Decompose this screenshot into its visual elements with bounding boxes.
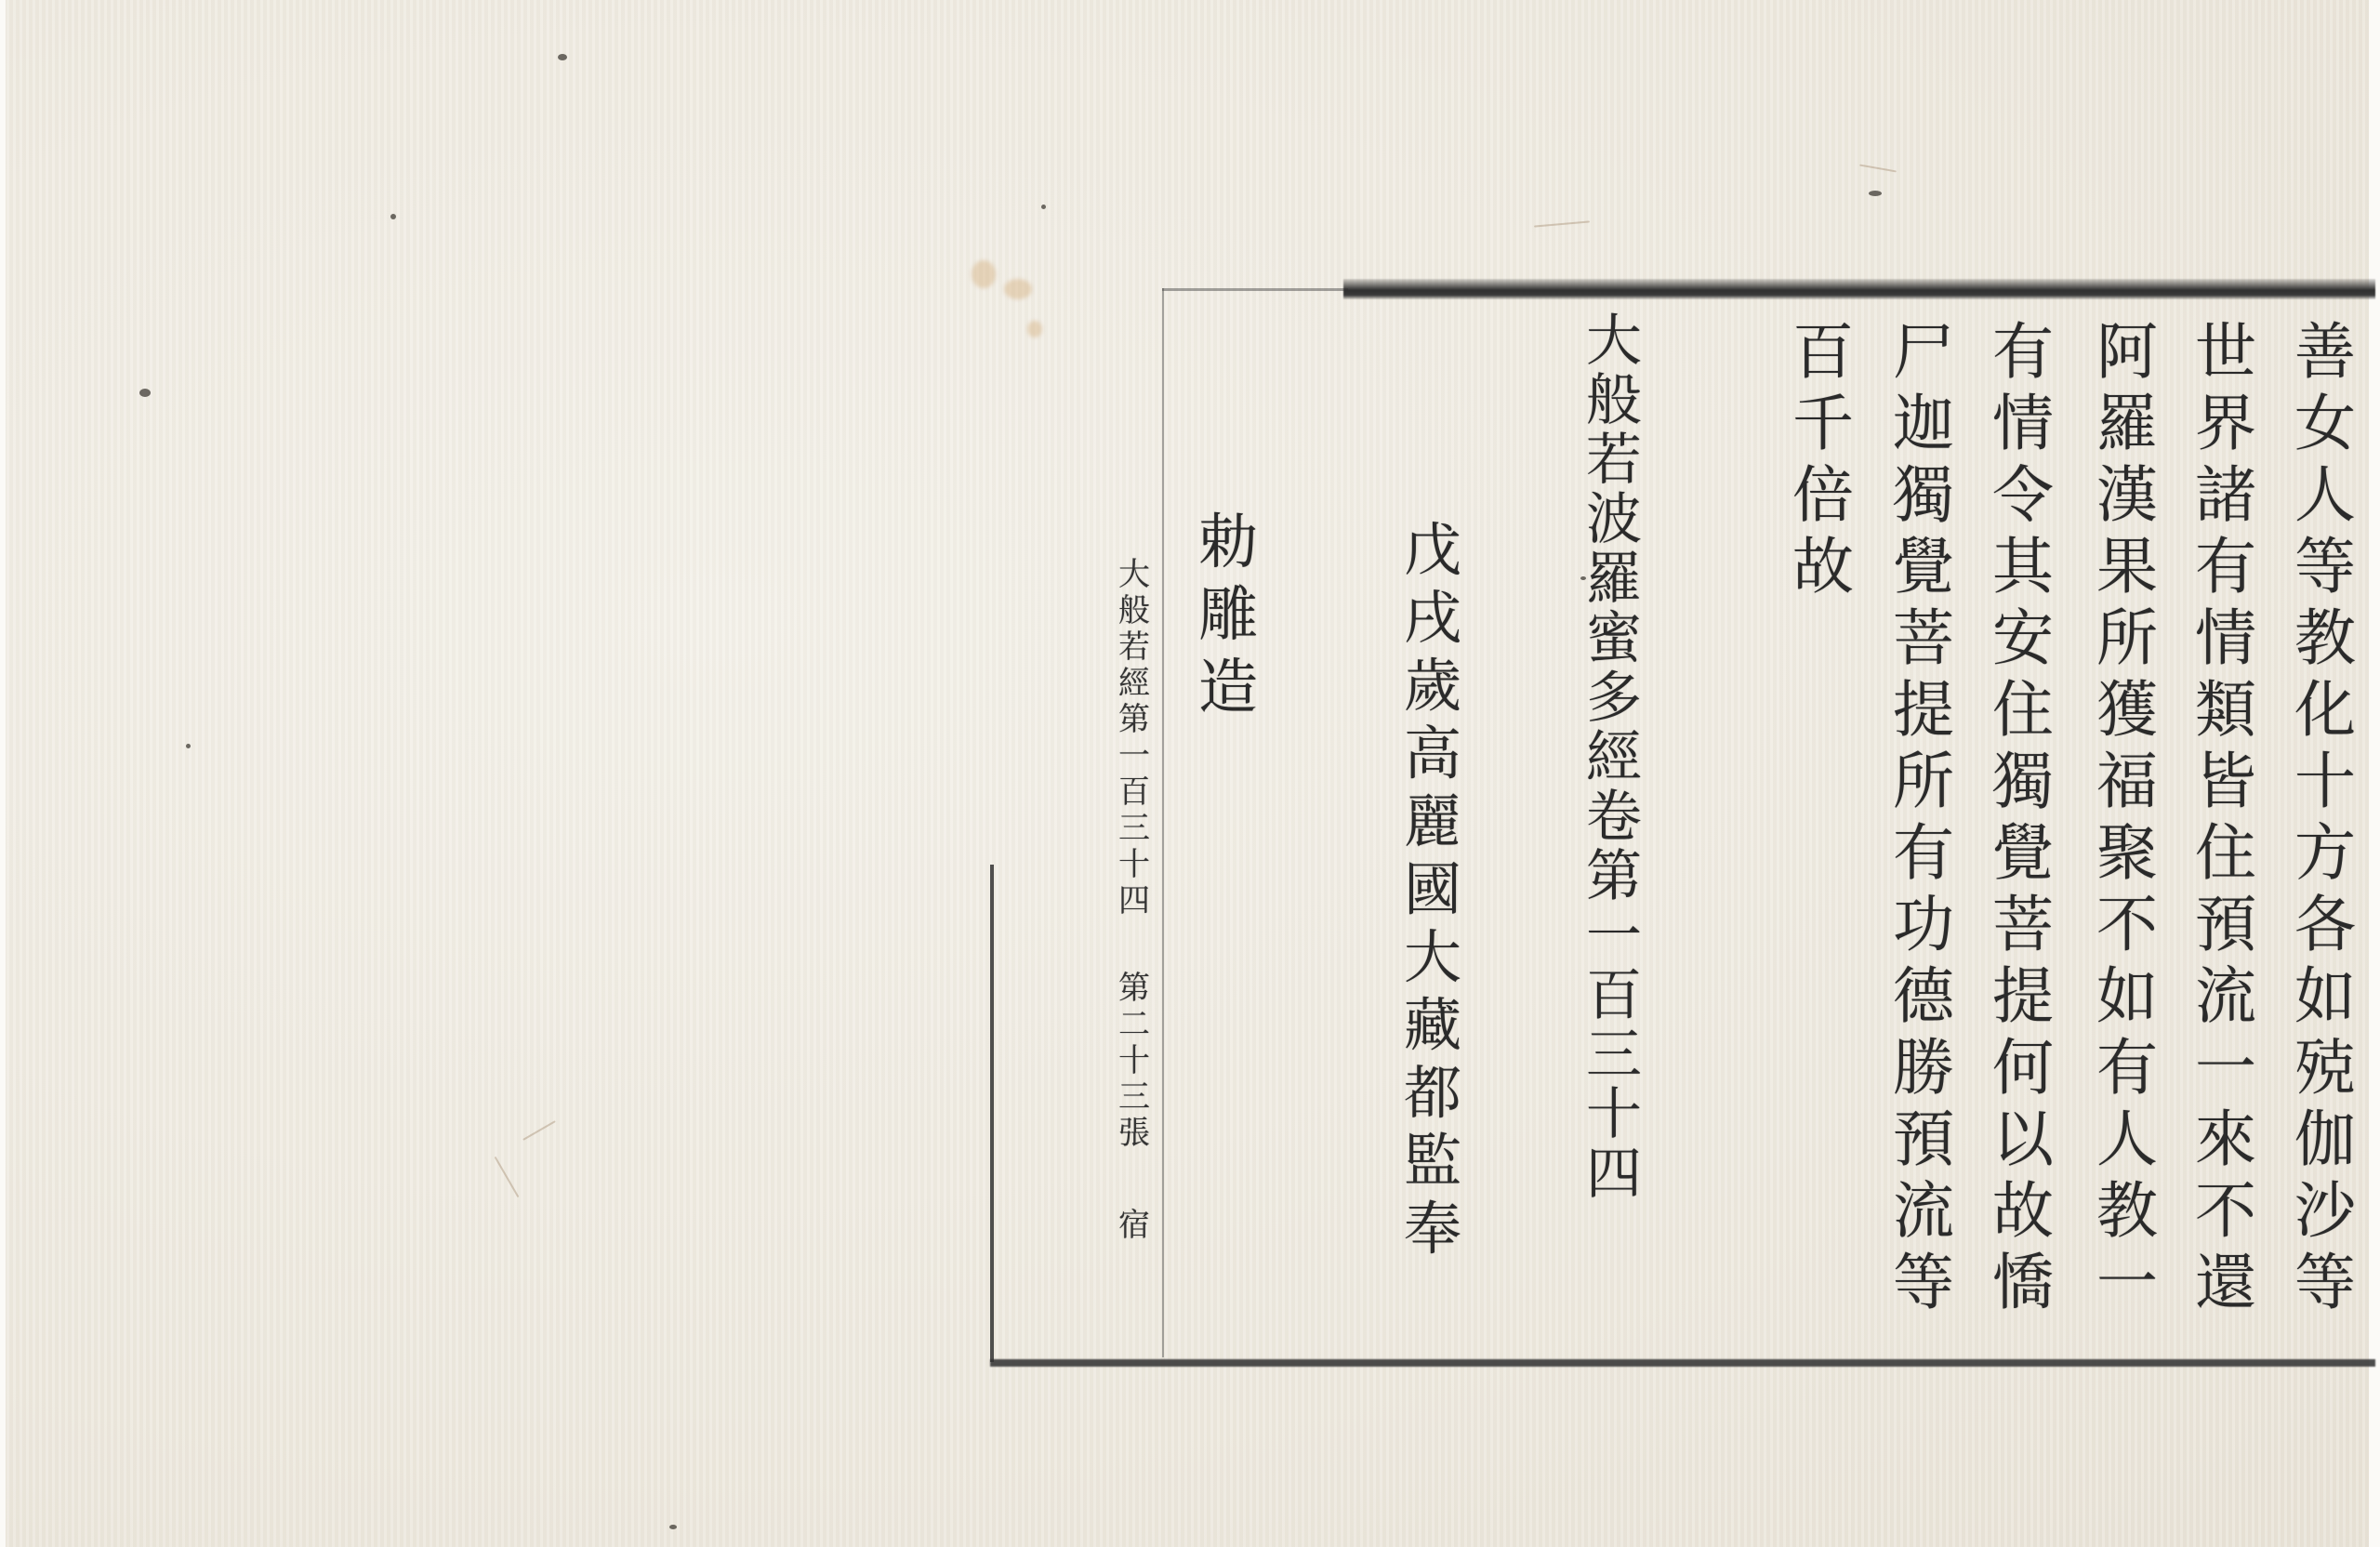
margin-sheet-number: 第二十三張	[1118, 970, 1150, 1151]
glyph: 菩	[1992, 889, 2054, 960]
glyph: 提	[1992, 960, 2054, 1032]
glyph: 一	[2195, 1032, 2256, 1104]
paper-speck	[1869, 191, 1882, 196]
glyph: 方	[2294, 817, 2356, 889]
glyph: 情	[2195, 602, 2256, 674]
glyph: 不	[2096, 889, 2158, 960]
glyph: 漢	[2096, 459, 2158, 531]
glyph: 預	[2195, 889, 2256, 960]
glyph: 還	[2195, 1247, 2256, 1318]
glyph: 尸	[1893, 316, 1954, 388]
glyph: 覺	[1893, 531, 1954, 602]
glyph: 十	[1586, 1085, 1642, 1144]
scan-edge-right	[2369, 0, 2380, 1547]
margin-title: 大般若經第一百三十四	[1118, 556, 1150, 919]
scan-edge-left	[0, 0, 6, 1547]
glyph: 流	[1893, 1175, 1954, 1247]
glyph: 皆	[2195, 746, 2256, 817]
glyph: 覺	[1992, 817, 2054, 889]
glyph: 十	[2294, 746, 2356, 817]
glyph: 不	[2195, 1175, 2256, 1247]
glyph: 故	[1792, 531, 1854, 602]
glyph: 經	[1586, 728, 1642, 787]
glyph: 令	[1992, 459, 2054, 531]
glyph: 三	[1118, 1078, 1150, 1115]
body-column-3: 阿羅漢果所獲福聚不如有人教一	[2094, 316, 2161, 1318]
glyph: 聚	[2096, 817, 2158, 889]
glyph: 四	[1586, 1144, 1642, 1204]
glyph: 人	[2294, 459, 2356, 531]
glyph: 以	[1992, 1104, 2054, 1175]
glyph: 百	[1792, 316, 1854, 388]
glyph: 世	[2195, 316, 2256, 388]
paper-speck	[1041, 205, 1046, 209]
glyph: 十	[1118, 1042, 1150, 1078]
glyph: 大	[1118, 556, 1150, 592]
glyph: 教	[2096, 1175, 2158, 1247]
body-column-5: 尸迦獨覺菩提所有功德勝預流等	[1890, 316, 1957, 1318]
glyph: 有	[1992, 316, 2054, 388]
glyph: 蜜	[1586, 609, 1642, 668]
glyph: 住	[1992, 674, 2054, 746]
glyph: 歲	[1404, 652, 1461, 720]
glyph: 卷	[1586, 787, 1642, 847]
glyph: 若	[1118, 628, 1150, 665]
glyph: 造	[1198, 652, 1258, 724]
glyph: 般	[1586, 371, 1642, 430]
paper-speck	[558, 54, 567, 60]
edict-column: 勅雕造	[1195, 507, 1262, 724]
paper-stain	[1004, 279, 1032, 299]
glyph: 國	[1404, 855, 1461, 923]
glyph: 四	[1118, 882, 1150, 919]
glyph: 第	[1586, 847, 1642, 906]
frame-left-border	[990, 865, 994, 1362]
glyph: 伽	[2294, 1104, 2356, 1175]
glyph: 都	[1404, 1059, 1461, 1127]
glyph: 百	[1118, 773, 1150, 810]
body-column-6: 百千倍故	[1790, 316, 1857, 602]
glyph: 勅	[1198, 507, 1258, 579]
glyph: 藏	[1404, 991, 1461, 1059]
glyph: 經	[1118, 665, 1150, 701]
colophon-column: 戊戌 歲高麗國大藏都監奉	[1399, 516, 1466, 1263]
margin-divider-line	[1162, 288, 1164, 1357]
glyph: 迦	[1893, 388, 1954, 459]
glyph: 各	[2294, 889, 2356, 960]
glyph: 類	[2195, 674, 2256, 746]
glyph: 二	[1118, 1006, 1150, 1042]
glyph: 功	[1893, 889, 1954, 960]
frame-top-border	[1343, 279, 2375, 299]
glyph: 般	[1118, 592, 1150, 628]
glyph: 百	[1586, 966, 1642, 1025]
glyph: 倍	[1792, 459, 1854, 531]
glyph: 殑	[2294, 1032, 2356, 1104]
colophon-agency: 歲高麗國大藏都監奉	[1404, 652, 1461, 1263]
glyph: 流	[2195, 960, 2256, 1032]
glyph: 第	[1118, 701, 1150, 737]
glyph: 安	[1992, 602, 2054, 674]
glyph: 麗	[1404, 787, 1461, 855]
glyph: 大	[1586, 311, 1642, 371]
glyph: 住	[2195, 817, 2256, 889]
glyph: 福	[2096, 746, 2158, 817]
glyph: 三	[1586, 1025, 1642, 1085]
frame-top-border-faint	[1162, 288, 1348, 291]
glyph: 教	[2294, 602, 2356, 674]
glyph: 女	[2294, 388, 2356, 459]
glyph: 獲	[2096, 674, 2158, 746]
glyph: 所	[1893, 746, 1954, 817]
paper-speck	[669, 1525, 677, 1529]
glyph: 勝	[1893, 1032, 1954, 1104]
glyph: 有	[1893, 817, 1954, 889]
glyph: 戊	[1404, 516, 1461, 584]
glyph: 一	[1586, 906, 1642, 966]
glyph: 大	[1404, 923, 1461, 991]
glyph: 何	[1992, 1032, 2054, 1104]
glyph: 高	[1404, 720, 1461, 787]
glyph: 多	[1586, 668, 1642, 728]
glyph: 情	[1992, 388, 2054, 459]
body-column-1: 善女人等教化十方各如殑伽沙等	[2292, 316, 2359, 1318]
glyph: 人	[2096, 1104, 2158, 1175]
glyph: 德	[1893, 960, 1954, 1032]
glyph: 阿	[2096, 316, 2158, 388]
glyph: 監	[1404, 1127, 1461, 1195]
glyph: 有	[2195, 531, 2256, 602]
glyph: 憍	[1992, 1247, 2054, 1318]
frame-bottom-border	[990, 1359, 2375, 1367]
glyph: 其	[1992, 531, 2054, 602]
paper-stain	[1027, 321, 1042, 337]
margin-mark: 宿	[1118, 1207, 1150, 1243]
glyph: 獨	[1893, 459, 1954, 531]
glyph: 故	[1992, 1175, 2054, 1247]
glyph: 若	[1586, 430, 1642, 490]
body-column-2: 世界諸有情類皆住預流一來不還	[2192, 316, 2259, 1318]
glyph: 一	[1118, 737, 1150, 773]
sutra-title-column: 大般若波羅蜜多經卷第一百三十四	[1580, 311, 1647, 1204]
glyph: 來	[2195, 1104, 2256, 1175]
paper-speck	[139, 389, 151, 397]
glyph: 雕	[1198, 579, 1258, 652]
glyph: 第	[1118, 970, 1150, 1006]
glyph: 十	[1118, 846, 1150, 882]
colophon-year: 戊戌	[1404, 516, 1461, 652]
glyph: 等	[2294, 1247, 2356, 1318]
glyph: 如	[2096, 960, 2158, 1032]
margin-column: 大般若經第一百三十四 第二十三張 宿	[1111, 556, 1157, 1243]
glyph: 羅	[2096, 388, 2158, 459]
glyph: 等	[2294, 531, 2356, 602]
glyph: 界	[2195, 388, 2256, 459]
body-column-4: 有情令其安住獨覺菩提何以故憍	[1990, 316, 2056, 1318]
glyph: 一	[2096, 1247, 2158, 1318]
glyph: 三	[1118, 810, 1150, 846]
glyph: 提	[1893, 674, 1954, 746]
glyph: 諸	[2195, 459, 2256, 531]
paper-speck	[390, 214, 396, 219]
glyph: 波	[1586, 490, 1642, 549]
glyph: 等	[1893, 1247, 1954, 1318]
glyph: 宿	[1118, 1207, 1150, 1243]
glyph: 沙	[2294, 1175, 2356, 1247]
glyph: 預	[1893, 1104, 1954, 1175]
glyph: 獨	[1992, 746, 2054, 817]
glyph: 善	[2294, 316, 2356, 388]
glyph: 如	[2294, 960, 2356, 1032]
paper-stain	[972, 260, 996, 288]
glyph: 戌	[1404, 584, 1461, 652]
glyph: 果	[2096, 531, 2158, 602]
glyph: 羅	[1586, 549, 1642, 609]
glyph: 菩	[1893, 602, 1954, 674]
paper-speck	[186, 744, 191, 748]
glyph: 有	[2096, 1032, 2158, 1104]
glyph: 千	[1792, 388, 1854, 459]
glyph: 所	[2096, 602, 2158, 674]
glyph: 化	[2294, 674, 2356, 746]
glyph: 奉	[1404, 1195, 1461, 1263]
glyph: 張	[1118, 1115, 1150, 1151]
